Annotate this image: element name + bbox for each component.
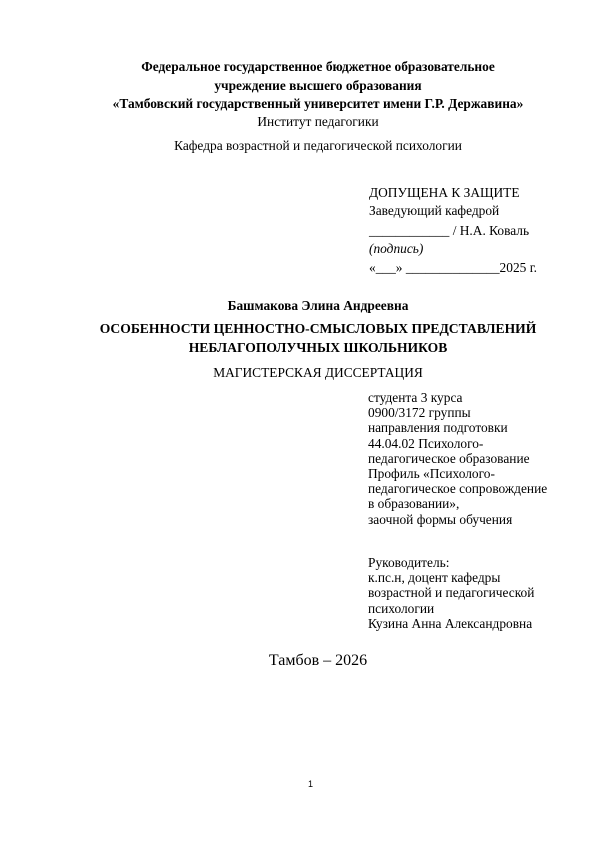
approval-position: Заведующий кафедрой [369,201,537,221]
student-info-line: направления подготовки [368,420,547,435]
signature-hint: (подпись) [369,239,537,259]
page-number: 1 [0,779,595,789]
supervisor-name: Кузина Анна Александровна [368,616,534,631]
approval-block: ДОПУЩЕНА К ЗАЩИТЕ Заведующий кафедрой __… [369,183,537,278]
org-line-1: Федеральное государственное бюджетное об… [93,59,543,75]
supervisor-label: Руководитель: [368,555,534,570]
student-info-line: Профиль «Психолого- [368,466,547,481]
student-info-line: педагогическое сопровождение [368,481,547,496]
supervisor-line: психологии [368,601,534,616]
city-year: Тамбов – 2026 [93,652,543,670]
student-info-line: педагогическое образование [368,451,547,466]
student-info-line: 44.04.02 Психолого- [368,436,547,451]
thesis-title-line-2: НЕБЛАГОПОЛУЧНЫХ ШКОЛЬНИКОВ [93,340,543,356]
department: Кафедра возрастной и педагогической псих… [93,138,543,154]
supervisor-line: к.пс.н, доцент кафедры [368,570,534,585]
student-info-line: 0900/3172 группы [368,405,547,420]
supervisor-line: возрастной и педагогической [368,585,534,600]
institute: Институт педагогики [93,114,543,130]
thesis-title-line-1: ОСОБЕННОСТИ ЦЕННОСТНО-СМЫСЛОВЫХ ПРЕДСТАВ… [93,321,543,337]
student-info-line: заочной формы обучения [368,512,547,527]
supervisor-block: Руководитель: к.пс.н, доцент кафедры воз… [368,555,534,631]
org-line-3: «Тамбовский государственный университет … [93,96,543,112]
date-line: «___» ______________2025 г. [369,258,537,278]
org-line-2: учреждение высшего образования [93,78,543,94]
student-info: студента 3 курса 0900/3172 группы направ… [368,390,547,527]
signature-line: ____________ / Н.А. Коваль [369,221,537,241]
work-type: МАГИСТЕРСКАЯ ДИССЕРТАЦИЯ [93,365,543,381]
student-info-line: студента 3 курса [368,390,547,405]
student-info-line: в образовании», [368,496,547,511]
approval-title: ДОПУЩЕНА К ЗАЩИТЕ [369,183,537,203]
author-name: Башмакова Элина Андреевна [93,298,543,314]
